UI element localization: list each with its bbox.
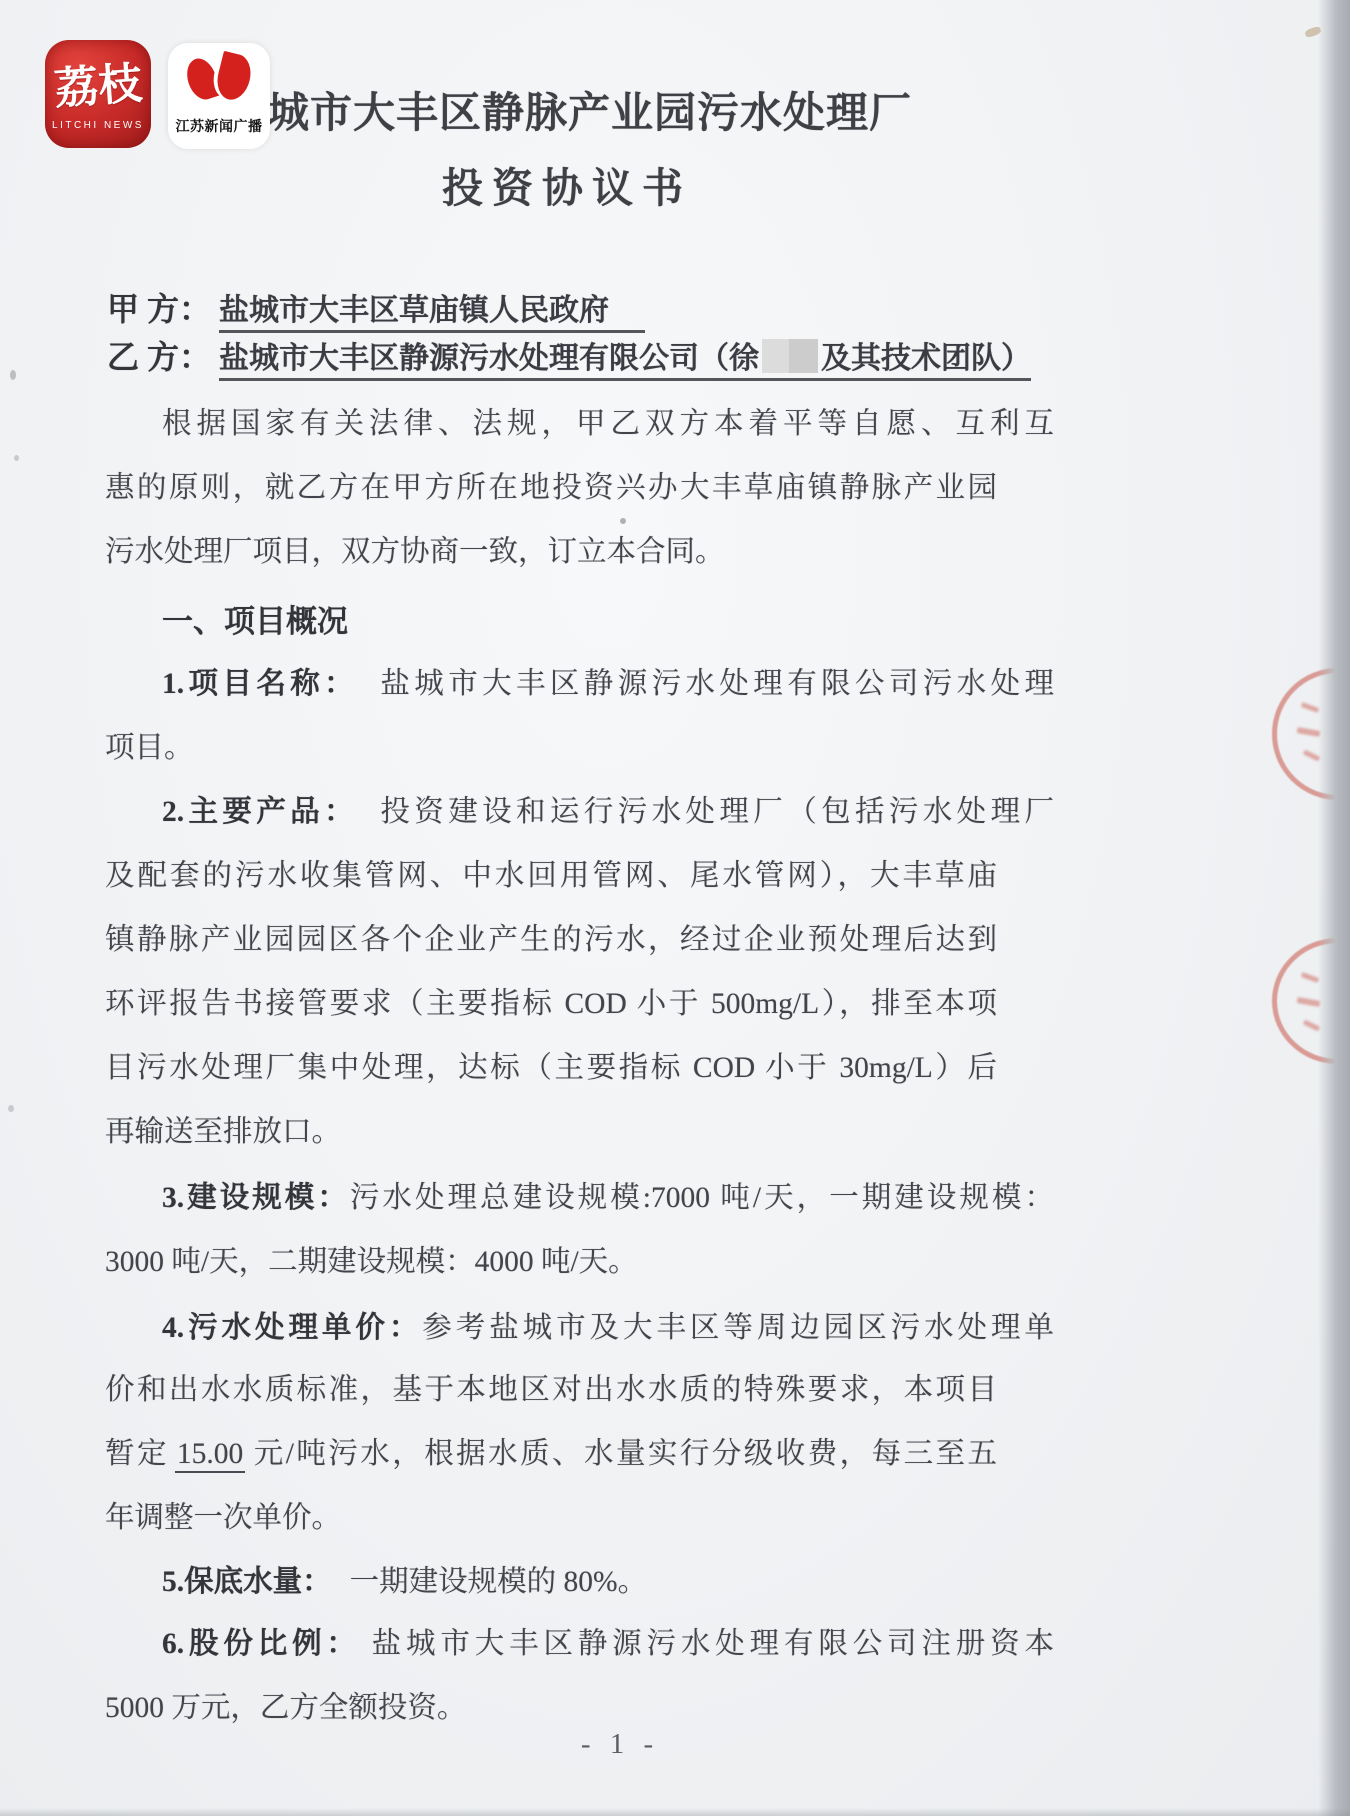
item3-line-1: 3.建设规模：污水处理总建设规模:7000 吨/天，一期建设规模： [105, 1174, 1054, 1216]
stamp-mark [1301, 972, 1320, 983]
jsbc-radio-logo: 江苏新闻广播 [168, 43, 270, 149]
document-title: 盐城市大丰区静脉产业园污水处理厂 [224, 80, 912, 140]
item4-line-4: 年调整一次单价。 [105, 1494, 997, 1536]
item2-line-3: 镇静脉产业园园区各个企业产生的污水，经过企业预处理后达到 [105, 916, 997, 958]
stamp-mark [1297, 997, 1321, 1007]
item4-line-1: 4.污水处理单价：参考盐城市及大丰区等周边园区污水处理单 [105, 1304, 1054, 1346]
litchi-news-logo: 荔枝 LITCHI NEWS [45, 40, 151, 148]
item5-line: 5.保底水量：一期建设规模的 80%。 [105, 1558, 1054, 1600]
scanned-contract-page: 荔枝 LITCHI NEWS 江苏新闻广播 盐城市大丰区静脉产业园污水处理厂 投… [0, 0, 1350, 1816]
scan-speck [10, 370, 16, 380]
party-b-label: 乙 方： [107, 339, 211, 375]
item4-price-prefix: 暂定 [105, 1438, 169, 1470]
party-b-name: 盐城市大丰区静源污水处理有限公司（徐及其技术团队） [219, 342, 1031, 381]
scan-speck [14, 455, 19, 461]
stamp-mark [1297, 727, 1321, 737]
item2-line-4: 环评报告书接管要求（主要指标 COD 小于 500mg/L），排至本项 [105, 980, 997, 1022]
item5-text: 一期建设规模的 80%。 [350, 1566, 647, 1598]
item1-label: 1.项目名称： [162, 668, 358, 700]
item6-text: 盐城市大丰区静源污水处理有限公司注册资本 [367, 1628, 1054, 1660]
jsbc-logo-wordmark: 江苏新闻广播 [168, 116, 270, 136]
item3-line-2: 3000 吨/天，二期建设规模：4000 吨/天。 [105, 1238, 997, 1280]
party-a-name: 盐城市大丰区草庙镇人民政府 [219, 294, 645, 333]
jsbc-icon-shape-left [182, 55, 222, 104]
item3-text: 污水处理总建设规模:7000 吨/天，一期建设规模： [350, 1182, 1054, 1214]
item1-line-2: 项目。 [105, 724, 997, 766]
item4-line-2: 价和出水水质标准，基于本地区对出水水质的特殊要求，本项目 [105, 1366, 997, 1408]
preamble-line-1: 根据国家有关法律、法规，甲乙双方本着平等自愿、互利互 [105, 400, 1054, 442]
item3-label: 3.建设规模： [162, 1182, 350, 1214]
item4-line-3: 暂定15.00元/吨污水，根据水质、水量实行分级收费，每三至五 [105, 1430, 997, 1472]
scan-speck [8, 1105, 14, 1112]
stamp-mark [1301, 702, 1320, 713]
page-number: - 1 - [520, 1728, 720, 1761]
party-b-line: 乙 方： 盐城市大丰区静源污水处理有限公司（徐及其技术团队） [107, 332, 1031, 378]
item2-line-1: 2.主要产品：投资建设和运行污水处理厂（包括污水处理厂 [105, 788, 1054, 830]
item2-text: 投资建设和运行污水处理厂（包括污水处理厂 [376, 796, 1054, 828]
item5-label: 5.保底水量： [162, 1566, 332, 1598]
item6-line-2: 5000 万元，乙方全额投资。 [105, 1684, 997, 1726]
preamble-line-3: 污水处理厂项目，双方协商一致，订立本合同。 [105, 528, 997, 570]
item4-price-suffix: 元/吨污水，根据水质、水量实行分级收费，每三至五 [251, 1438, 997, 1470]
scan-edge-shadow-bottom [0, 1808, 1350, 1816]
party-a-line: 甲 方： 盐城市大丰区草庙镇人民政府 [107, 284, 645, 330]
scan-edge-shadow-right [1318, 0, 1350, 1816]
item2-line-6: 再输送至排放口。 [105, 1108, 997, 1150]
litchi-logo-wordmark: 荔枝 [43, 46, 153, 117]
item1-line-1: 1.项目名称：盐城市大丰区静源污水处理有限公司污水处理 [105, 660, 1054, 702]
scan-speck [620, 518, 626, 524]
item2-label: 2.主要产品： [162, 796, 358, 828]
litchi-logo-subtext: LITCHI NEWS [45, 120, 151, 131]
section-heading: 一、项目概况 [105, 596, 1054, 641]
party-b-name-prefix: 盐城市大丰区静源污水处理有限公司（徐 [219, 342, 759, 375]
document-subtitle: 投资协议书 [442, 155, 692, 214]
redacted-name-block [762, 339, 818, 373]
item2-line-2: 及配套的污水收集管网、中水回用管网、尾水管网），大丰草庙 [105, 852, 997, 894]
item4-label: 4.污水处理单价： [162, 1312, 422, 1344]
party-b-name-suffix: 及其技术团队） [821, 342, 1031, 375]
preamble-line-2: 惠的原则，就乙方在甲方所在地投资兴办大丰草庙镇静脉产业园 [105, 464, 997, 506]
item6-line-1: 6.股份比例：盐城市大丰区静源污水处理有限公司注册资本 [105, 1620, 1054, 1662]
party-a-label: 甲 方： [107, 291, 211, 327]
item1-text: 盐城市大丰区静源污水处理有限公司污水处理 [376, 668, 1054, 700]
item6-label: 6.股份比例： [162, 1628, 361, 1660]
jsbc-logo-icon [182, 50, 256, 112]
unit-price-value: 15.00 [175, 1438, 245, 1473]
item4-text: 参考盐城市及大丰区等周边园区污水处理单 [422, 1312, 1054, 1344]
item2-line-5: 目污水处理厂集中处理，达标（主要指标 COD 小于 30mg/L）后 [105, 1044, 997, 1086]
